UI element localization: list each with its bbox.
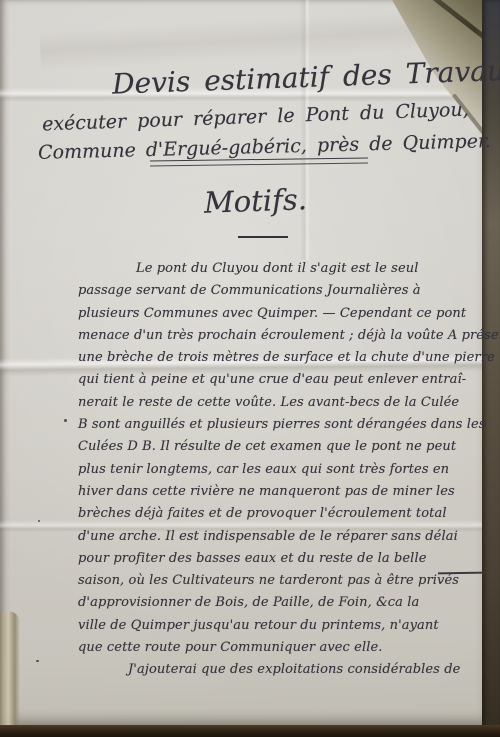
manuscript-line: qui tient à peine et qu'une crue d'eau p… xyxy=(78,369,482,391)
heading-underline xyxy=(238,236,288,238)
manuscript-line: brèches déjà faites et de provoquer l'éc… xyxy=(78,503,482,525)
ink-speck xyxy=(64,419,67,422)
manuscript-line: que cette route pour Communiquer avec el… xyxy=(78,637,482,659)
manuscript-line: pour profiter des basses eaux et du rest… xyxy=(78,548,482,570)
manuscript-line: Culées D B. Il résulte de cet examen que… xyxy=(78,436,482,458)
photo-edge-right xyxy=(482,0,500,737)
manuscript-line: hiver dans cette rivière ne manqueront p… xyxy=(78,481,482,503)
crease-line xyxy=(300,0,310,260)
section-heading: Motifs. xyxy=(203,182,307,220)
manuscript-line: menace d'un très prochain écroulement ; … xyxy=(78,325,482,347)
ink-speck xyxy=(38,520,40,522)
manuscript-line: nerait le reste de cette voûte. Les avan… xyxy=(78,392,482,414)
manuscript-body: Le pont du Cluyou dont il s'agit est le … xyxy=(78,258,482,682)
manuscript-line: saison, où les Cultivateurs ne tarderont… xyxy=(78,570,482,592)
photo-edge-bottom xyxy=(0,725,500,737)
manuscript-line: d'une arche. Il est indispensable de le … xyxy=(78,526,482,548)
manuscript-line: J'ajouterai que des exploitations consid… xyxy=(78,659,482,681)
manuscript-line: ville de Quimper jusqu'au retour du prin… xyxy=(78,615,482,637)
manuscript-line: Le pont du Cluyou dont il s'agit est le … xyxy=(78,258,482,280)
manuscript-line: d'approvisionner de Bois, de Paille, de … xyxy=(78,592,482,614)
photo-frame: Devis estimatif des Travaux à exécuter p… xyxy=(0,0,500,737)
ink-speck xyxy=(36,660,39,662)
page-curl-bottom-left xyxy=(0,611,20,731)
manuscript-line: plus tenir longtems, car les eaux qui so… xyxy=(78,459,482,481)
manuscript-line: passage servant de Communications Journa… xyxy=(78,280,482,302)
manuscript-line: une brèche de trois mètres de surface et… xyxy=(78,347,482,369)
manuscript-line: plusieurs Communes avec Quimper. — Cepen… xyxy=(78,303,482,325)
manuscript-line: B sont anguillés et plusieurs pierres so… xyxy=(78,414,482,436)
